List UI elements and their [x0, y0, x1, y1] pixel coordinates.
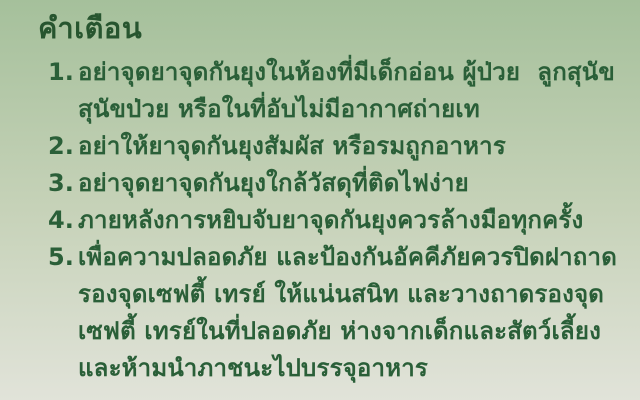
item-number: 5. [48, 239, 78, 276]
item-text-line: อย่าให้ยาจุดกันยุงสัมผัส หรือรมถูกอาหาร [78, 128, 630, 165]
item-text-line: รองจุดเซฟตี้ เทรย์ ให้แน่นสนิท และวางถาด… [78, 276, 630, 313]
list-item: 1.อย่าจุดยาจุดกันยุงในห้องที่มีเด็กอ่อน … [48, 54, 630, 128]
item-text-line: และห้ามนำภาชนะไปบรรจุอาหาร [78, 350, 630, 387]
item-number: 3. [48, 165, 78, 202]
item-text-line: อย่าจุดยาจุดกันยุงในห้องที่มีเด็กอ่อน ผู… [78, 54, 630, 91]
warning-title: คำเตือน [38, 8, 630, 48]
item-text: อย่าให้ยาจุดกันยุงสัมผัส หรือรมถูกอาหาร [78, 128, 630, 165]
item-text-line: อย่าจุดยาจุดกันยุงใกล้วัสดุที่ติดไฟง่าย [78, 165, 630, 202]
item-text-line: เพื่อความปลอดภัย และป้องกันอัคคีภัยควรปิ… [78, 239, 630, 276]
item-text-line: เซฟตี้ เทรย์ในที่ปลอดภัย ห่างจากเด็กและส… [78, 313, 630, 350]
item-number: 4. [48, 202, 78, 239]
list-item: 3.อย่าจุดยาจุดกันยุงใกล้วัสดุที่ติดไฟง่า… [48, 165, 630, 202]
item-text-line: ภายหลังการหยิบจับยาจุดกันยุงควรล้างมือทุ… [78, 202, 630, 239]
list-item: 5.เพื่อความปลอดภัย และป้องกันอัคคีภัยควร… [48, 239, 630, 387]
item-number: 2. [48, 128, 78, 165]
item-text: ภายหลังการหยิบจับยาจุดกันยุงควรล้างมือทุ… [78, 202, 630, 239]
item-number: 1. [48, 54, 78, 91]
item-text: อย่าจุดยาจุดกันยุงในห้องที่มีเด็กอ่อน ผู… [78, 54, 630, 128]
warning-label-panel: คำเตือน 1.อย่าจุดยาจุดกันยุงในห้องที่มีเ… [0, 0, 640, 400]
list-item: 2.อย่าให้ยาจุดกันยุงสัมผัส หรือรมถูกอาหา… [48, 128, 630, 165]
list-item: 4.ภายหลังการหยิบจับยาจุดกันยุงควรล้างมือ… [48, 202, 630, 239]
warning-list: 1.อย่าจุดยาจุดกันยุงในห้องที่มีเด็กอ่อน … [38, 54, 630, 387]
item-text: เพื่อความปลอดภัย และป้องกันอัคคีภัยควรปิ… [78, 239, 630, 387]
item-text: อย่าจุดยาจุดกันยุงใกล้วัสดุที่ติดไฟง่าย [78, 165, 630, 202]
item-text-line: สุนัขป่วย หรือในที่อับไม่มีอากาศถ่ายเท [78, 91, 630, 128]
